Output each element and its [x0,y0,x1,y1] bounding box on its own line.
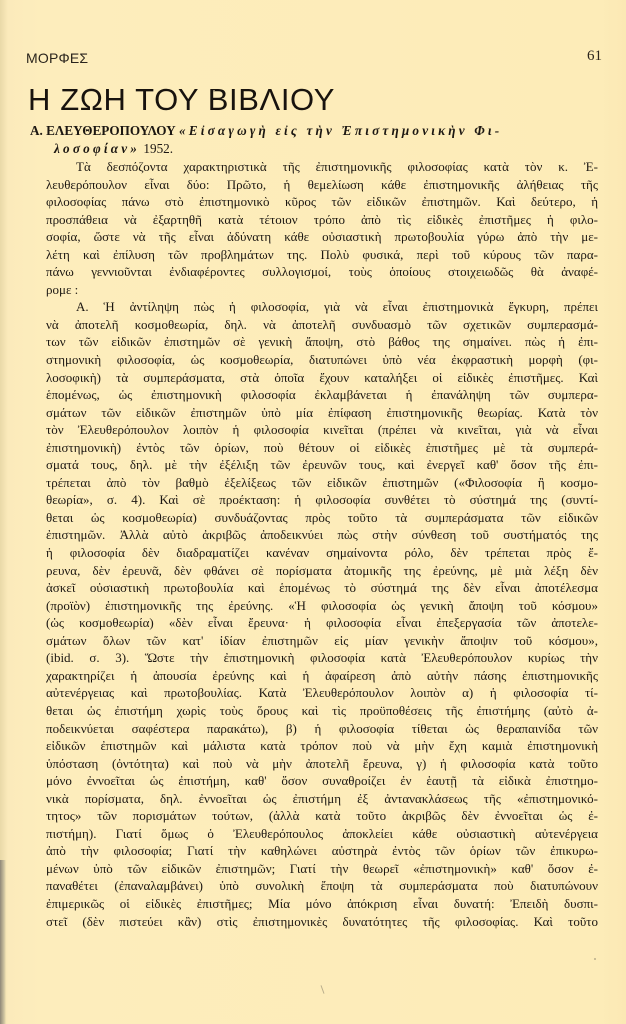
text-line: Τὰ δεσπόζοντα χαρακτηριστικὰ τῆς ἐπιστημ… [46,158,598,176]
citation-line-2: λοσοφίαν» 1952. [30,140,600,158]
text-line: πιστήμη). Γιατί ὅμως ὁ Ἐλευθερόπουλος ἀπ… [46,825,598,843]
text-line: φιλοσοφίας πάνω στὸ ἐπιστημονικὸ κῦρος τ… [46,193,598,211]
review-body: Τὰ δεσπόζοντα χαρακτηριστικὰ τῆς ἐπιστημ… [46,158,598,930]
text-line: ἐπιμερικῶς οἱ εἰδικὲς ἐπιστῆμες; Μία μόν… [46,895,598,913]
text-line: νὰ ἀποτελῆ κοσμοθεωρία, δηλ. νὰ ἀποτελῆ … [46,316,598,334]
text-line: ἐπιστημονικὴ) ἐντὸς τῶν ὁρίων, ποὺ θέτου… [46,439,598,457]
text-line: ἀσκεῖ οὐσιαστικὴ πρωτοβουλία καὶ ἑπομένω… [46,579,598,597]
citation-year: 1952. [143,141,173,156]
text-line: (προϊὸν) ἐπιστημονικῆς της ἐρεύνης. «Ἡ φ… [46,597,598,615]
text-line: των τῶν εἰδικῶν ἐπιστημῶν σὲ γενικὴ ἄποψ… [46,333,598,351]
text-line: ἑπομένως, ὡς ἐπιστημονικὴ φιλοσοφία ἐκλα… [46,386,598,404]
text-line: σμάτων τῶν εἰδικῶν ἐπιστημῶν ὑπὸ μία ἐπί… [46,404,598,422]
text-line: νικὰ πορίσματα, δηλ. ἐννοεῖται ὡς ἐπιστή… [46,790,598,808]
text-line: παναθέτει (ἐπαναλαμβάνει) ὑπὸ συνολικὴ ἔ… [46,877,598,895]
text-line: λέτη καὶ ἐπίλυση τῶν προβλημάτων της. Πο… [46,246,598,264]
text-line: λευθερόπουλον εἶναι δύο: Πρῶτο, ἡ θεμελί… [46,176,598,194]
text-line: λοσοφικὴ) τὰ συμπεράσματα, στὰ ὁποῖα ἔχο… [46,369,598,387]
paper-speck [213,90,215,92]
text-line: θεται ὡς ἐπιστήμη χωρὶς τοὺς ὅρους καὶ τ… [46,702,598,720]
text-line: σοφία, ὥστε νὰ τῆς εἶναι ἀδύνατη κάθε οὐ… [46,228,598,246]
citation-line-1: Α. ΕΛΕΥΘΕΡΟΠΟΥΛΟΥ «Εἰσαγωγὴ εἰς τὴν Ἐπισ… [30,122,600,140]
text-line: σμάτων ὅλων τῶν κατ' ἰδίαν ἐπιστημῶν εἰς… [46,632,598,650]
journal-name: ΜΟΡΦΕΣ [26,50,88,66]
paper-speck [320,985,324,994]
citation-author: Α. ΕΛΕΥΘΕΡΟΠΟΥΛΟΥ [30,123,176,138]
text-line: θεωρία», σ. 4). Καὶ σὲ προέκταση: ἡ φιλο… [46,491,598,509]
text-line: σματά τους, δηλ. μὲ τὴν ἐξέλιξη τῶν ἐρευ… [46,456,598,474]
section-title: Η ΖΩΗ ΤΟΥ ΒΙΒΛΙΟΥ [28,82,335,118]
text-line: ρευνα, δὲν ἐρευνᾶ, δὲν φθάνει σὲ πορίσμα… [46,562,598,580]
text-line: μόνο ἐννοεῖται ὡς ἐπιστήμη, καθ' ὅσον συ… [46,772,598,790]
text-line: πάνω γεννιοῦνται ἐνδιαφέροντες συλλογισμ… [46,263,598,281]
text-line: ποδεικνύεται σαφέστερα παρακάτω), β) ἡ φ… [46,720,598,738]
text-line: ἀπὸ τὴν φιλοσοφία; Γιατί τὴν καθηλώνει α… [46,842,598,860]
text-line: ἡ φιλοσοφία δὲν διαδραματίζει κανέναν ση… [46,544,598,562]
paper-speck [594,958,596,960]
text-line: (ibid. σ. 3). Ὥστε τὴν ἐπιστημονικὴ φιλο… [46,649,598,667]
text-line: (ὡς κοσμοθεωρία) «δὲν εἶναι ἔρευνα· ἡ φι… [46,614,598,632]
text-line: μένων ὑπὸ τῶν εἰδικῶν ἐπιστημῶν; Γιατί τ… [46,860,598,878]
text-line: προσπάθεια νὰ ἐξαρτηθῆ κατὰ τέτοιον τρόπ… [46,211,598,229]
text-line: τρέπεται ἀπὸ τὸν βαθμὸ ἐξελίξεως τῶν εἰδ… [46,474,598,492]
citation-book-title-cont: λοσοφίαν» [54,141,140,156]
text-line: αὐτενέργειας καὶ πρωτοβουλίας. Κατὰ Ἐλευ… [46,684,598,702]
text-line: εἰδικῶν ἐπιστημῶν καὶ μάλιστα κατὰ τρόπο… [46,737,598,755]
text-line: ὑπόσταση (ὀντότητα) καὶ ποὺ νὰ μὴν ἀποτε… [46,755,598,773]
text-line: τητος» τῶν πορισμάτων τούτων, (ἀλλὰ κατὰ… [46,807,598,825]
book-citation: Α. ΕΛΕΥΘΕΡΟΠΟΥΛΟΥ «Εἰσαγωγὴ εἰς τὴν Ἐπισ… [30,122,600,157]
scanned-page: ΜΟΡΦΕΣ 61 Η ΖΩΗ ΤΟΥ ΒΙΒΛΙΟΥ Α. ΕΛΕΥΘΕΡΟΠ… [0,0,626,1024]
text-line: θεται ὡς κοσμοθεωρία) συνδυάζοντας πρὸς … [46,509,598,527]
page-edge-shadow [0,860,6,1024]
text-line: χαρακτηρίζει ἡ ἀπουσία ἐρεύνης καὶ ἡ ἀφα… [46,667,598,685]
text-line: τὸν Ἐλευθερόπουλον λοιπὸν ἡ φιλοσοφία κι… [46,421,598,439]
citation-book-title: «Εἰσαγωγὴ εἰς τὴν Ἐπιστημονικὴν Φι- [179,123,502,138]
text-line: Α. Ἡ ἀντίληψη πὼς ἡ φιλοσοφία, γιὰ νὰ εἶ… [46,298,598,316]
text-line: στεῖ (δὲν πιστεύει κἂν) στὶς ἐπιστημονικ… [46,913,598,931]
page-number: 61 [587,48,602,65]
text-line: στημονικὴ φιλοσοφία, ὡς κοσμοθεωρία, δια… [46,351,598,369]
text-line: ρομε : [46,281,598,299]
text-line: ἐπιστημῶν. Ἀλλὰ αὐτὸ ἀκριβῶς ἀποδεικνύει… [46,526,598,544]
running-head: ΜΟΡΦΕΣ 61 [26,50,602,68]
